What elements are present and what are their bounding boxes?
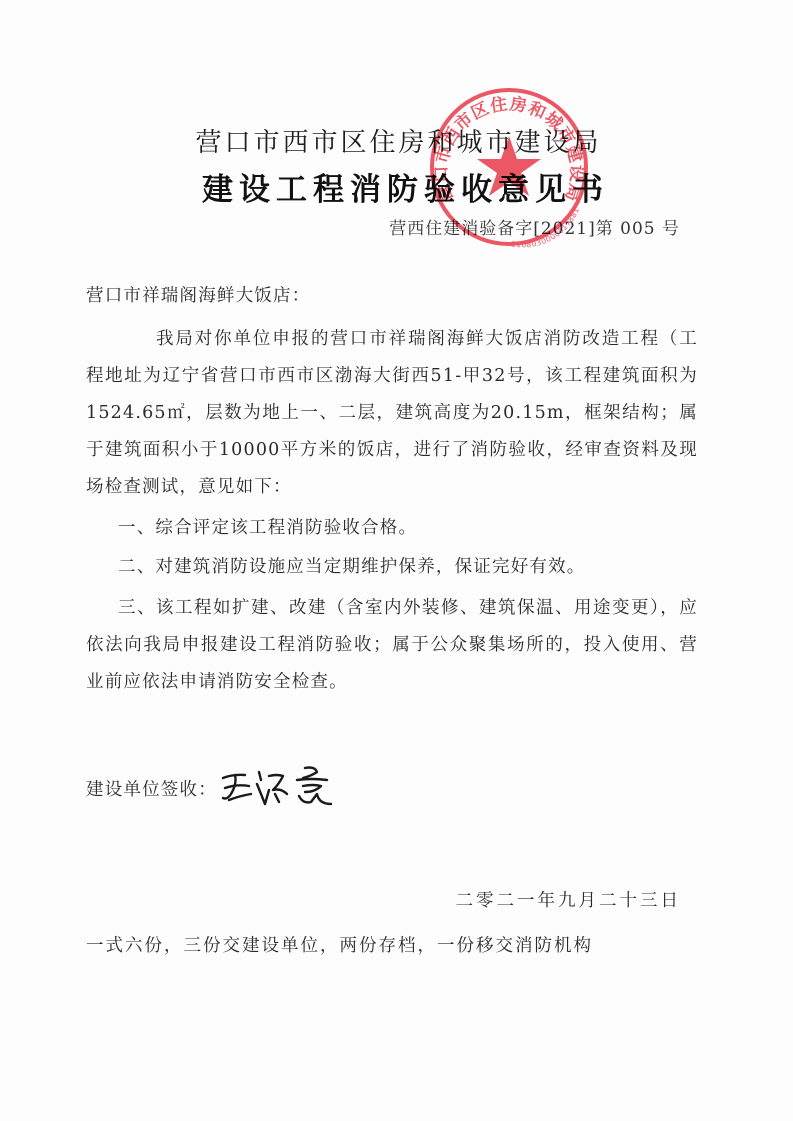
addressee: 营口市祥瑞阁海鲜大饭店： [86,282,310,307]
copies-distribution-note: 一式六份，三份交建设单位，两份存档，一份移交消防机构 [86,932,593,957]
issuing-organization: 营口市西市区住房和城市建设局 [0,122,793,159]
opinion-item-3: 三、该工程如扩建、改建（含室内外装修、建筑保温、用途变更），应依法向我局申报建设… [86,590,698,701]
intro-paragraph: 我局对你单位申报的营口市祥瑞阁海鲜大饭店消防改造工程（工程地址为辽宁省营口市西市… [86,321,698,506]
signature-label: 建设单位签收： [86,776,217,801]
document-page: 营口市西市区住房和城市建设局 建设工程消防验收意见书 营西住建消验备字[2021… [0,0,793,1121]
issue-date: 二零二一年九月二十三日 [456,887,682,912]
handwritten-signature [219,764,339,813]
signature-line: 建设单位签收： [86,764,339,813]
document-number: 营西住建消验备字[2021]第 005 号 [389,214,680,239]
opinion-item-1: 一、综合评定该工程消防验收合格。 [118,514,417,539]
document-title: 建设工程消防验收意见书 [0,164,793,209]
opinion-item-2: 二、对建筑消防设施应当定期维护保养，保证完好有效。 [118,553,586,578]
